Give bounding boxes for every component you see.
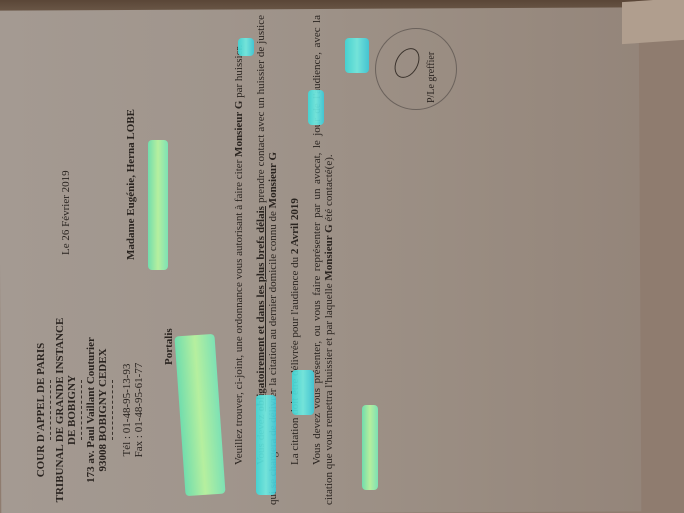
address-line2: 93008 BOBIGNY CEDEX (97, 315, 109, 505)
sender-name: Portalis (163, 328, 175, 485)
court-letter: COUR D'APPEL DE PARIS TRIBUNAL DE GRANDE… (35, 15, 415, 505)
court-name: COUR D'APPEL DE PARIS (35, 315, 47, 505)
letter-date: Le 26 Février 2019 (60, 170, 72, 255)
redaction-name-4 (308, 90, 324, 125)
redaction-name-3 (292, 370, 314, 415)
redaction-name-2 (256, 395, 276, 495)
redaction-name-6 (362, 405, 378, 490)
letter-body: Veuillez trouver, ci-joint, une ordonnan… (233, 15, 345, 505)
tribunal-line1: TRIBUNAL DE GRANDE INSTANCE (54, 315, 66, 505)
signature-mark (389, 44, 424, 83)
fax: Fax : 01-48-95-61-77 (133, 315, 145, 505)
tribunal-line2: DE BOBIGNY (66, 315, 78, 505)
second-paper-corner (622, 0, 684, 44)
signature-label: P/Le greffier (426, 0, 437, 103)
letterhead: COUR D'APPEL DE PARIS TRIBUNAL DE GRANDE… (35, 315, 145, 505)
redaction-recipient (148, 140, 168, 270)
phone: Tél : 01-48-95-13-93 (121, 315, 133, 505)
redaction-name-5 (345, 38, 369, 73)
court-stamp: P/Le greffier (375, 28, 457, 110)
paragraph-3: La citation doit être délivrée pour l'au… (289, 15, 301, 505)
recipient-name: Madame Eugénie, Herna LOBE (125, 109, 137, 260)
address-line1: 173 av. Paul Vaillant Couturier (85, 315, 97, 505)
paragraph-4: Vous devez vous présenter, ou vous faire… (311, 15, 335, 505)
redaction-name-1 (238, 38, 254, 56)
paragraph-1: Veuillez trouver, ci-joint, une ordonnan… (233, 15, 245, 505)
